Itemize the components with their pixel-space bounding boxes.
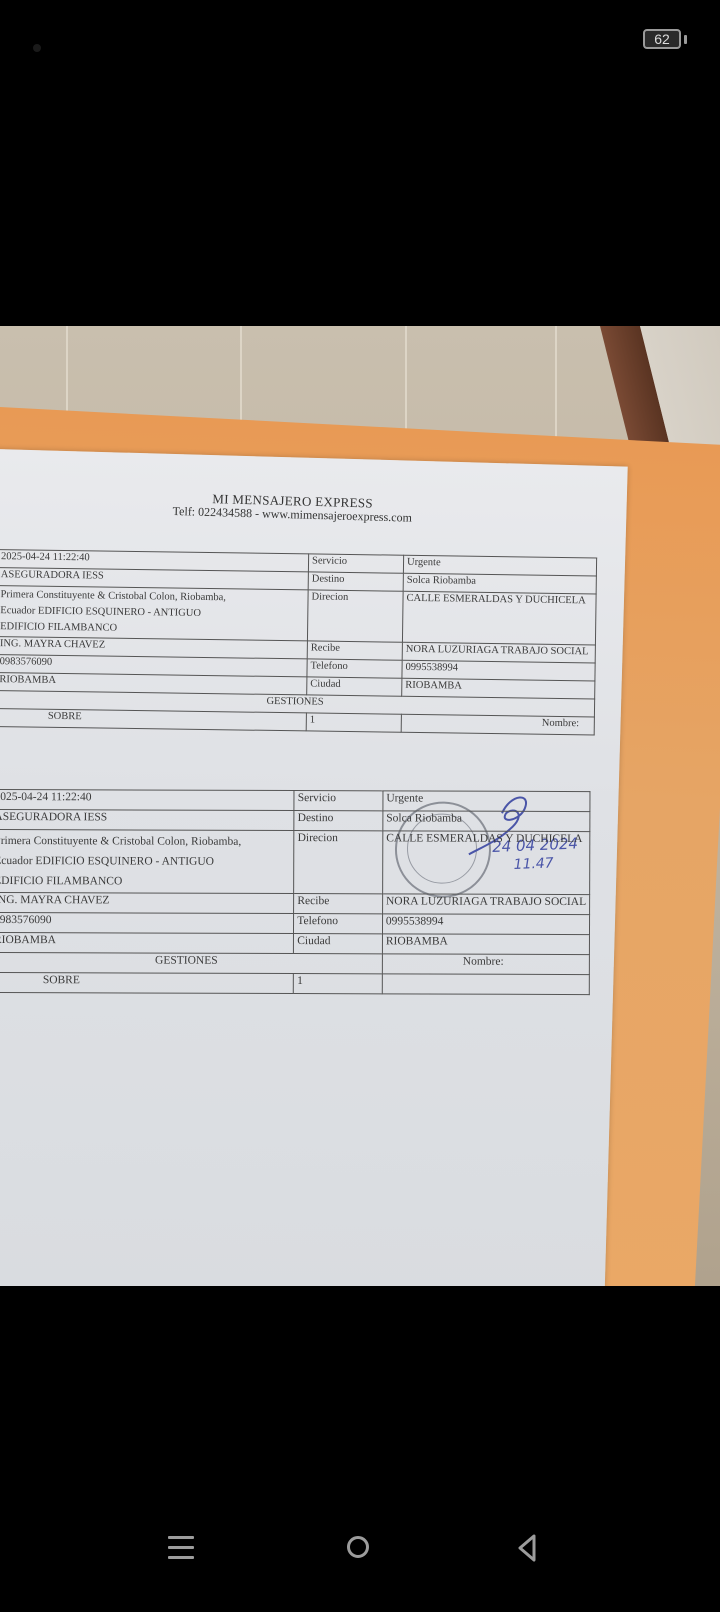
address-line: EDIFICIO FILAMBANCO <box>0 871 290 892</box>
delivery-slip-paper: MI MENSAJERO EXPRESS Telf: 022434588 - w… <box>0 448 628 1286</box>
address-line: Primera Constituyente & Cristobal Colon,… <box>0 831 291 852</box>
delivery-slip-1: 2025-04-24 11:22:40 Servicio Urgente ASE… <box>0 549 597 735</box>
field-value-ciudad: RIOBAMBA <box>382 934 589 955</box>
field-value-telefono: 0995538994 <box>382 914 589 935</box>
battery-tip <box>684 35 687 44</box>
field-label: Direcion <box>294 831 383 894</box>
menu-lines-icon <box>168 1536 194 1539</box>
field-label: Ciudad <box>294 934 383 954</box>
battery-icon: 62 <box>643 29 681 49</box>
field-value-direcion: CALLE ESMERALDAS Y DUCHICELA <box>383 831 590 895</box>
field-label: Destino <box>308 572 403 591</box>
address-line: Ecuador EDIFICIO ESQUINERO - ANTIGUO <box>0 851 291 872</box>
photo-viewer-image[interactable]: MI MENSAJERO EXPRESS Telf: 022434588 - w… <box>0 326 720 1286</box>
gestiones-header: GESTIONES <box>0 952 382 973</box>
battery-level: 62 <box>654 31 670 47</box>
blank-cell <box>382 974 589 995</box>
back-button[interactable] <box>510 1528 550 1568</box>
field-label: Telefono <box>294 914 383 934</box>
item-type: SOBRE <box>0 972 294 993</box>
field-label: Telefono <box>307 659 402 678</box>
item-quantity: 1 <box>294 974 383 994</box>
field-label: Recibe <box>294 894 383 914</box>
field-value-direcion: CALLE ESMERALDAS Y DUCHICELA <box>402 591 596 645</box>
nombre-label: Nombre: <box>401 714 594 735</box>
nombre-label: Nombre: <box>382 954 589 975</box>
item-type: SOBRE <box>0 709 306 731</box>
field-label: Servicio <box>308 554 403 573</box>
camera-cutout-icon <box>33 44 41 52</box>
delivery-slip-2: 2025-04-24 11:22:40 Servicio Urgente ASE… <box>0 789 590 995</box>
field-label: Recibe <box>307 641 402 660</box>
slip-datetime: 2025-04-24 11:22:40 <box>0 789 294 810</box>
status-bar: 62 <box>0 0 720 80</box>
menu-lines-icon <box>168 1556 194 1559</box>
field-value-servicio: Urgente <box>383 791 590 812</box>
field-label: Direcion <box>307 590 403 642</box>
slip-sender-address: Primera Constituyente & Cristobal Colon,… <box>0 586 308 641</box>
menu-lines-icon <box>168 1546 194 1549</box>
field-value-destino: Solca Riobamba <box>383 811 590 832</box>
circle-home-icon <box>347 1536 369 1558</box>
field-label: Servicio <box>294 791 383 811</box>
home-button[interactable] <box>340 1528 380 1568</box>
slip-sender: ASEGURADORA IESS <box>0 809 294 830</box>
recents-button[interactable] <box>160 1528 200 1568</box>
triangle-back-icon <box>510 1528 550 1568</box>
android-nav-bar <box>0 1480 720 1612</box>
field-value-recibe: NORA LUZURIAGA TRABAJO SOCIAL <box>382 894 589 915</box>
slip-origin-city: RIOBAMBA <box>0 932 294 953</box>
slip-sender-address: Primera Constituyente & Cristobal Colon,… <box>0 829 294 893</box>
slip-contact-name: ING. MAYRA CHAVEZ <box>0 892 294 913</box>
item-quantity: 1 <box>306 713 401 732</box>
field-label: Ciudad <box>307 677 402 696</box>
field-label: Destino <box>294 811 383 831</box>
slip-contact-phone: 0983576090 <box>0 912 294 933</box>
